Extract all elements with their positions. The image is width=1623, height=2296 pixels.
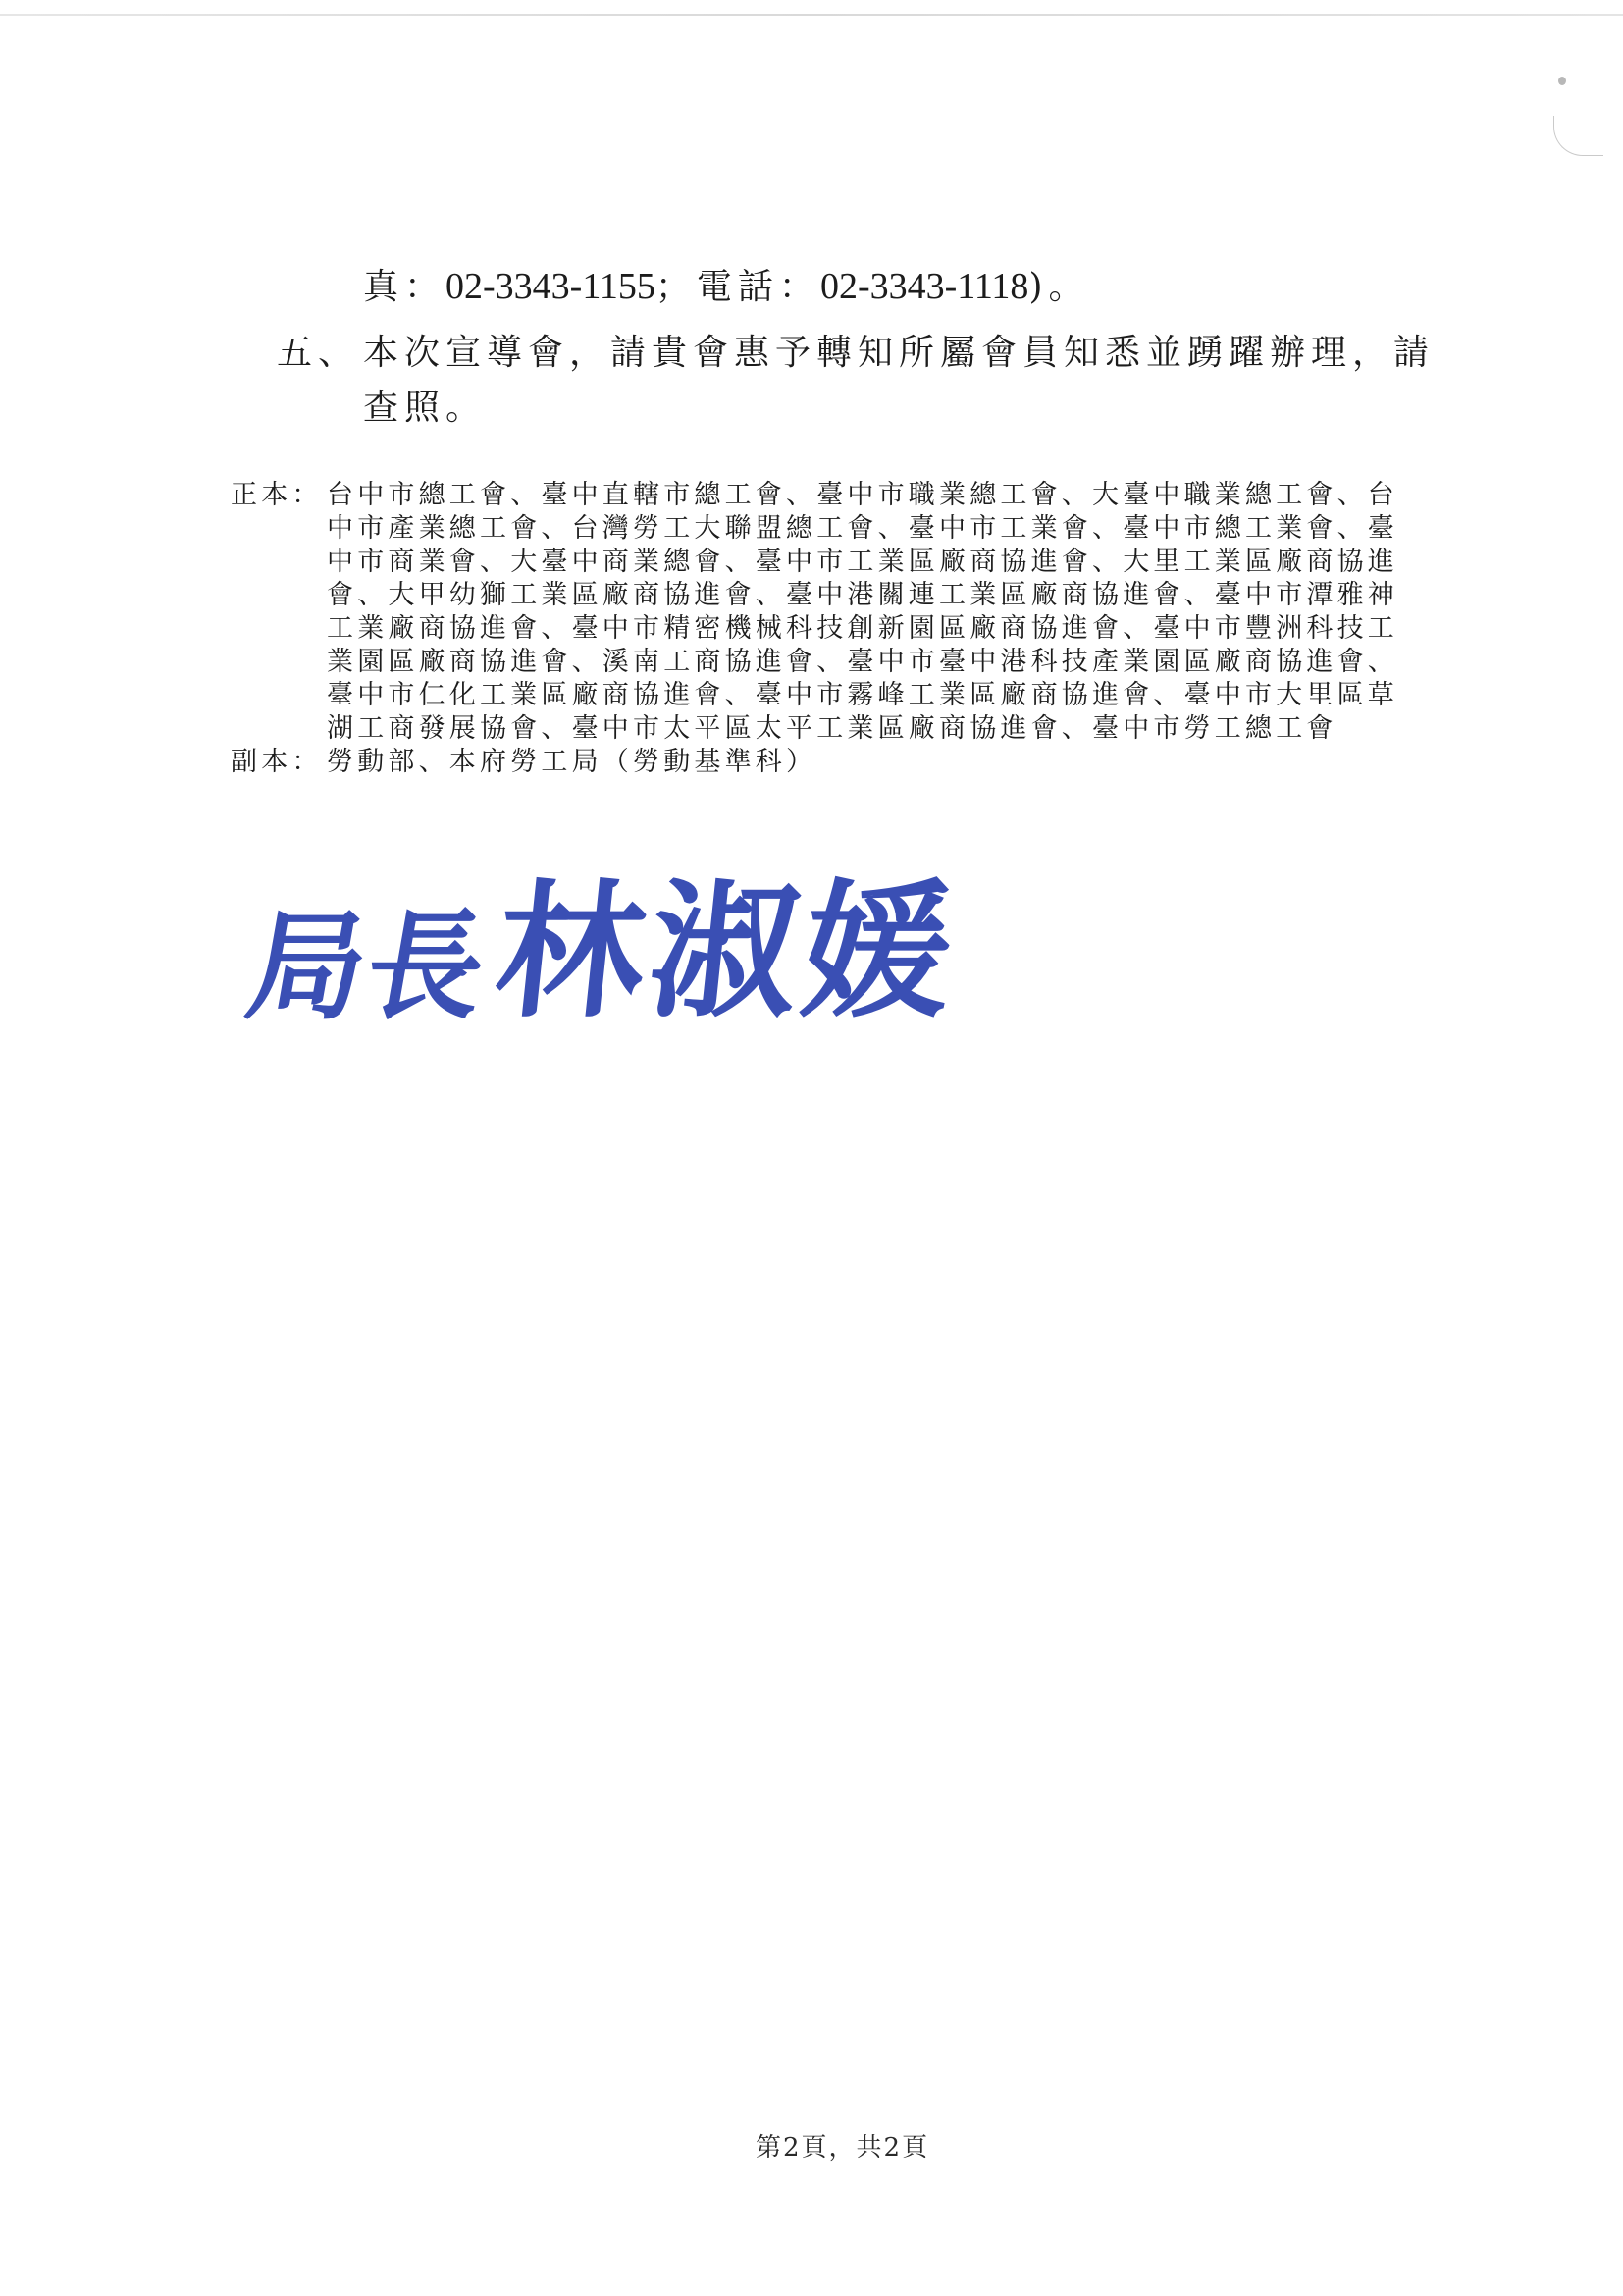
primary-recipients-line: 會、大甲幼獅工業區廠商協進會、臺中港關連工業區廠商協進會、臺中市潭雅神 (327, 579, 1506, 612)
copy-recipients-label: 副本： (231, 746, 327, 779)
primary-recipients-row: 臺中市仁化工業區廠商協進會、臺中市霧峰工業區廠商協進會、臺中市大里區草 (231, 679, 1506, 712)
primary-recipients-row: 湖工商發展協會、臺中市太平區太平工業區廠商協進會、臺中市勞工總工會 (231, 712, 1506, 746)
spacer (231, 679, 327, 712)
item-five-number: 五、 (277, 330, 359, 377)
item-five-text: 本次宣導會，請貴會惠予轉知所屬會員知悉並踴躍辦理，請 (363, 330, 1435, 377)
scan-top-edge (0, 14, 1623, 16)
primary-recipients-line: 中市產業總工會、台灣勞工大聯盟總工會、臺中市工業會、臺中市總工業會、臺 (327, 512, 1506, 546)
primary-recipients-line: 工業廠商協進會、臺中市精密機械科技創新園區廠商協進會、臺中市豐洲科技工 (327, 612, 1506, 646)
primary-recipients-line: 湖工商發展協會、臺中市太平區太平工業區廠商協進會、臺中市勞工總工會 (327, 712, 1506, 746)
recipients-block: 正本： 台中市總工會、臺中直轄市總工會、臺中市職業總工會、大臺中職業總工會、台 … (231, 479, 1506, 779)
primary-recipients-line: 中市商業會、大臺中商業總會、臺中市工業區廠商協進會、大里工業區廠商協進 (327, 546, 1506, 579)
signature-name: 林淑媛 (490, 873, 966, 1030)
signature-title: 局長 (238, 902, 497, 1032)
scan-artifact-curve (1553, 116, 1603, 156)
primary-recipients-row: 正本： 台中市總工會、臺中直轄市總工會、臺中市職業總工會、大臺中職業總工會、台 (231, 479, 1506, 512)
item-five-continuation: 查照。 (363, 385, 487, 432)
spacer (231, 579, 327, 612)
scan-artifact-dot (1558, 77, 1566, 85)
fax-prefix: 真： (363, 267, 445, 307)
primary-recipients-row: 中市產業總工會、台灣勞工大聯盟總工會、臺中市工業會、臺中市總工業會、臺 (231, 512, 1506, 546)
phone-number: 02-3343-1118 (820, 266, 1029, 307)
primary-recipients-line: 業園區廠商協進會、溪南工商協進會、臺中市臺中港科技產業園區廠商協進會、 (327, 646, 1506, 679)
fax-phone-line: 真：02-3343-1155；電話：02-3343-1118)。 (363, 263, 1089, 311)
primary-recipients-row: 工業廠商協進會、臺中市精密機械科技創新園區廠商協進會、臺中市豐洲科技工 (231, 612, 1506, 646)
phone-separator: ；電話： (655, 267, 820, 307)
primary-recipients-row: 會、大甲幼獅工業區廠商協進會、臺中港關連工業區廠商協進會、臺中市潭雅神 (231, 579, 1506, 612)
primary-recipients-label: 正本： (231, 479, 327, 512)
spacer (231, 546, 327, 579)
primary-recipients-line: 臺中市仁化工業區廠商協進會、臺中市霧峰工業區廠商協進會、臺中市大里區草 (327, 679, 1506, 712)
spacer (231, 612, 327, 646)
primary-recipients-row: 業園區廠商協進會、溪南工商協進會、臺中市臺中港科技產業園區廠商協進會、 (231, 646, 1506, 679)
spacer (231, 646, 327, 679)
primary-recipients-line: 台中市總工會、臺中直轄市總工會、臺中市職業總工會、大臺中職業總工會、台 (327, 479, 1506, 512)
spacer (231, 512, 327, 546)
fax-suffix: )。 (1028, 267, 1089, 307)
page-indicator: 第2頁，共2頁 (756, 2127, 929, 2164)
director-signature-stamp: 局長 林淑媛 (250, 863, 957, 1030)
primary-recipients-row: 中市商業會、大臺中商業總會、臺中市工業區廠商協進會、大里工業區廠商協進 (231, 546, 1506, 579)
copy-recipients-row: 副本： 勞動部、本府勞工局（勞動基準科） (231, 746, 1506, 779)
spacer (231, 712, 327, 746)
copy-recipients-text: 勞動部、本府勞工局（勞動基準科） (327, 746, 1506, 779)
fax-number: 02-3343-1155 (445, 266, 655, 307)
